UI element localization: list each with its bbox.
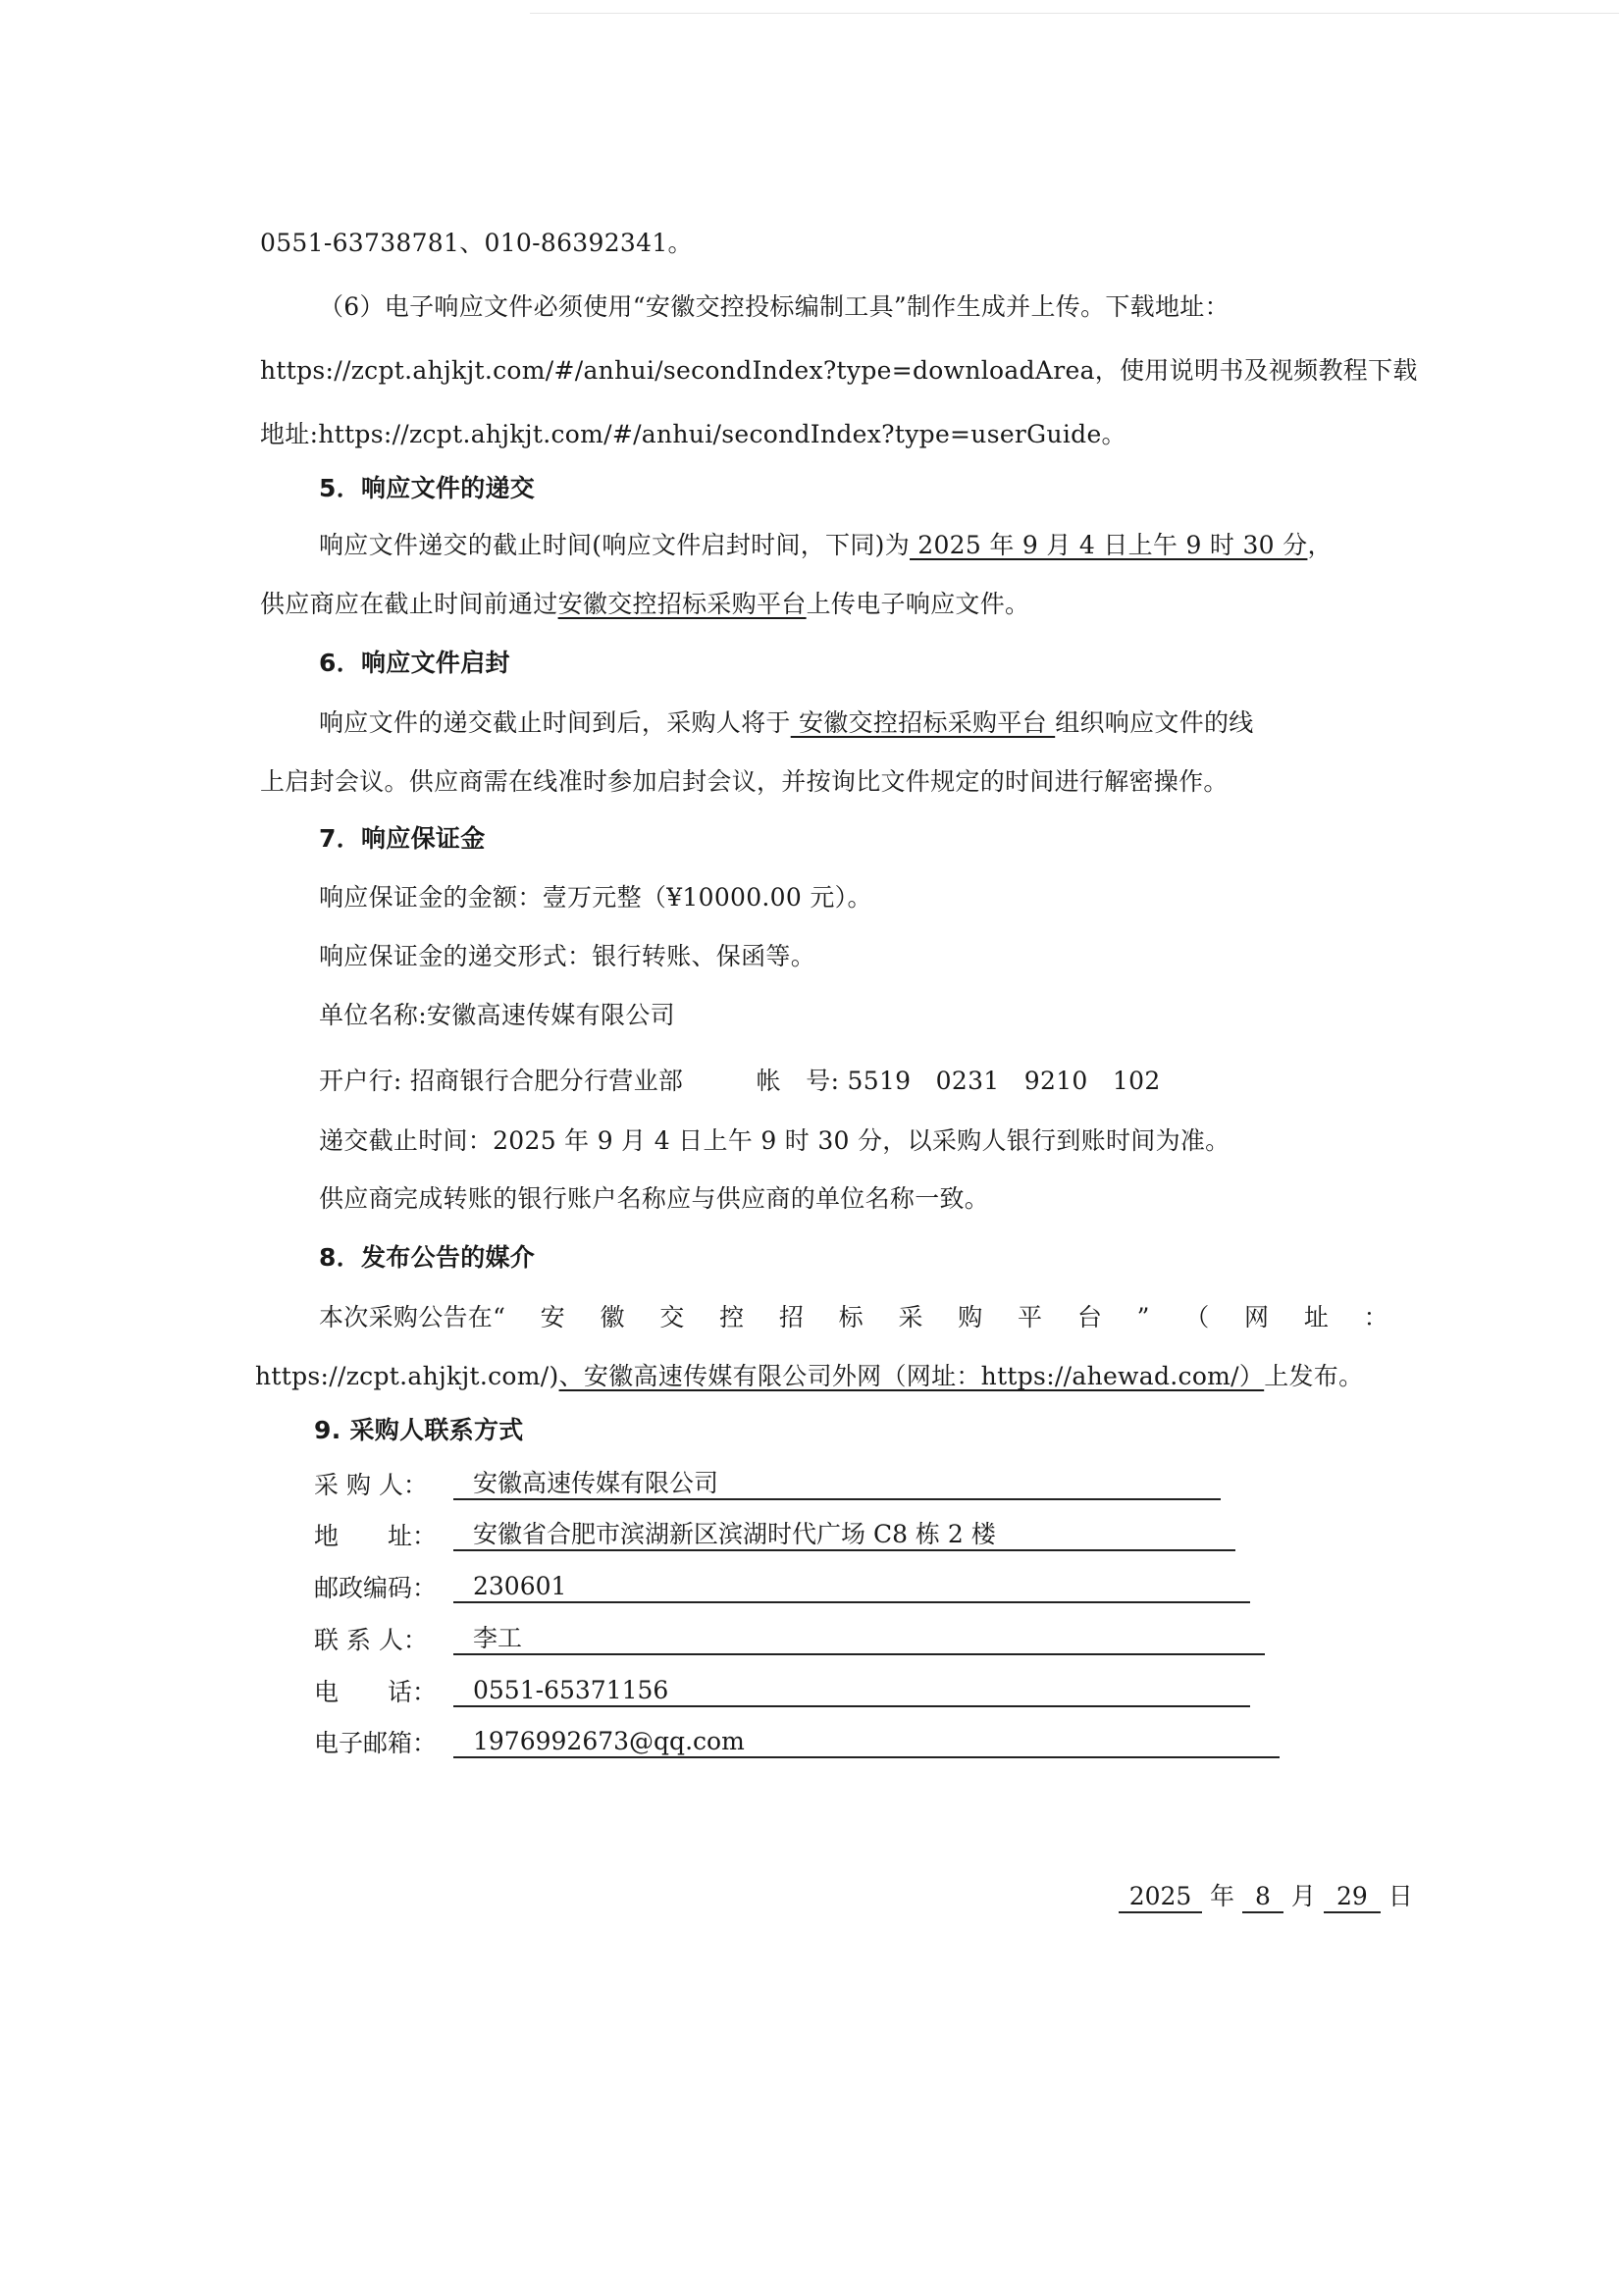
platform-name: 安徽交控招标采购平台: [558, 590, 807, 618]
section-8-line-2-suffix: 上发布。: [1264, 1362, 1363, 1390]
section-5-p1-suffix: ，: [1307, 531, 1332, 559]
section-8-line-2: https://zcpt.ahjkjt.com/)、安徽高速传媒有限公司外网（网…: [255, 1362, 1363, 1391]
field-value: 李工: [453, 1624, 1265, 1655]
text-segment: 平: [1018, 1303, 1042, 1332]
deposit-note: 供应商完成转账的银行账户名称应与供应商的单位名称一致。: [319, 1184, 989, 1214]
account-number: 5519 0231 9210 102: [848, 1067, 1161, 1095]
unit-name: 单位名称:安徽高速传媒有限公司: [319, 1001, 675, 1030]
field-phone: 电 话： 0551-65371156: [314, 1676, 1250, 1707]
section-8-line-1: 本次采购公告在“ 安 徽 交 控 招 标 采 购 平 台 ” （ 网 址 ：: [319, 1303, 1388, 1332]
section-5-paragraph-1: 响应文件递交的截止时间(响应文件启封时间，下同)为 2025 年 9 月 4 日…: [319, 531, 1333, 560]
section-8-heading: 8．发布公告的媒介: [319, 1243, 535, 1273]
deposit-form: 响应保证金的递交形式：银行转账、保函等。: [319, 942, 815, 971]
date-year: 2025: [1119, 1882, 1202, 1913]
field-purchaser: 采 购 人： 安徽高速传媒有限公司: [314, 1469, 1221, 1500]
text-segment: ”: [1137, 1303, 1150, 1332]
field-label: 地 址：: [314, 1522, 453, 1551]
field-value: 安徽高速传媒有限公司: [453, 1469, 1221, 1500]
deposit-amount: 响应保证金的金额：壹万元整（¥10000.00 元）。: [319, 883, 872, 913]
section-6-p1-prefix: 响应文件的递交截止时间到后，采购人将于: [319, 708, 791, 737]
date-month: 8: [1242, 1882, 1283, 1913]
platform-url[interactable]: https://zcpt.ahjkjt.com/): [255, 1362, 559, 1390]
text-segment: 徽: [600, 1303, 624, 1332]
submission-deadline: 2025 年 9 月 4 日上午 9 时 30 分: [910, 531, 1307, 559]
company-website[interactable]: 、安徽高速传媒有限公司外网（网址：https://ahewad.com/）: [559, 1362, 1265, 1390]
field-label: 采 购 人：: [314, 1471, 453, 1500]
section-5-p2-prefix: 供应商应在截止时间前通过: [260, 590, 558, 618]
field-contact: 联 系 人： 李工: [314, 1624, 1265, 1655]
contact-phone-line: 0551-63738781、010-86392341。: [260, 229, 693, 258]
text-segment: 标: [839, 1303, 864, 1332]
text-segment: 安: [541, 1303, 565, 1332]
section-6-heading: 6．响应文件启封: [319, 649, 510, 678]
section-5-p1-prefix: 响应文件递交的截止时间(响应文件启封时间，下同)为: [319, 531, 910, 559]
section-5-paragraph-2: 供应商应在截止时间前通过安徽交控招标采购平台上传电子响应文件。: [260, 590, 1029, 619]
field-email: 电子邮箱： 1976992673@qq.com: [314, 1727, 1280, 1758]
date-month-unit: 月: [1291, 1882, 1316, 1910]
date-day-unit: 日: [1388, 1882, 1413, 1910]
text-segment: 购: [958, 1303, 982, 1332]
field-value: 安徽省合肥市滨湖新区滨湖时代广场 C8 栋 2 楼: [453, 1520, 1235, 1551]
section-5-p2-suffix: 上传电子响应文件。: [807, 590, 1030, 618]
field-label: 联 系 人：: [314, 1626, 453, 1655]
text-segment: 台: [1077, 1303, 1102, 1332]
text-segment: ：: [1364, 1303, 1388, 1332]
field-value: 0551-65371156: [453, 1676, 1250, 1707]
item6-line-1: （6）电子响应文件必须使用“安徽交控投标编制工具”制作生成并上传。下载地址：: [319, 292, 1230, 322]
text-segment: 交: [659, 1303, 684, 1332]
text-segment: （: [1184, 1303, 1209, 1332]
section-9-heading: 9. 采购人联系方式: [314, 1416, 524, 1445]
field-label: 电子邮箱：: [314, 1729, 453, 1758]
date-year-unit: 年: [1210, 1882, 1234, 1910]
account-label: 帐 号:: [757, 1067, 840, 1095]
bank-line: 开户行: 招商银行合肥分行营业部 帐 号: 5519 0231 9210 102: [319, 1067, 1161, 1096]
text-segment: 址: [1304, 1303, 1329, 1332]
section-6-paragraph-1: 响应文件的递交截止时间到后，采购人将于 安徽交控招标采购平台 组织响应文件的线: [319, 708, 1254, 738]
platform-name: 安徽交控招标采购平台: [791, 708, 1056, 737]
field-label: 电 话：: [314, 1678, 453, 1707]
field-value: 230601: [453, 1572, 1250, 1603]
date-day: 29: [1324, 1882, 1381, 1913]
text-segment: 采: [898, 1303, 922, 1332]
text-segment: 网: [1244, 1303, 1269, 1332]
text-segment: 控: [719, 1303, 744, 1332]
section-5-heading: 5．响应文件的递交: [319, 474, 535, 503]
item6-line-3[interactable]: 地址:https://zcpt.ahjkjt.com/#/anhui/secon…: [260, 420, 1126, 449]
field-address: 地 址： 安徽省合肥市滨湖新区滨湖时代广场 C8 栋 2 楼: [314, 1520, 1235, 1551]
signature-date: 2025 年 8 月 29 日: [1119, 1882, 1413, 1913]
bank-name: 开户行: 招商银行合肥分行营业部: [319, 1067, 683, 1095]
item6-line-2[interactable]: https://zcpt.ahjkjt.com/#/anhui/secondIn…: [260, 356, 1418, 386]
deposit-deadline: 递交截止时间：2025 年 9 月 4 日上午 9 时 30 分，以采购人银行到…: [319, 1126, 1230, 1156]
field-value: 1976992673@qq.com: [453, 1727, 1280, 1758]
text-segment: 招: [779, 1303, 804, 1332]
section-7-heading: 7．响应保证金: [319, 824, 486, 854]
section-6-paragraph-2: 上启封会议。供应商需在线准时参加启封会议，并按询比文件规定的时间进行解密操作。: [260, 767, 1229, 797]
field-label: 邮政编码：: [314, 1574, 453, 1603]
scan-edge-line: [530, 13, 1619, 14]
field-postcode: 邮政编码： 230601: [314, 1572, 1250, 1603]
text-segment: 本次采购公告在“: [319, 1303, 505, 1332]
section-6-p1-suffix: 组织响应文件的线: [1055, 708, 1253, 737]
